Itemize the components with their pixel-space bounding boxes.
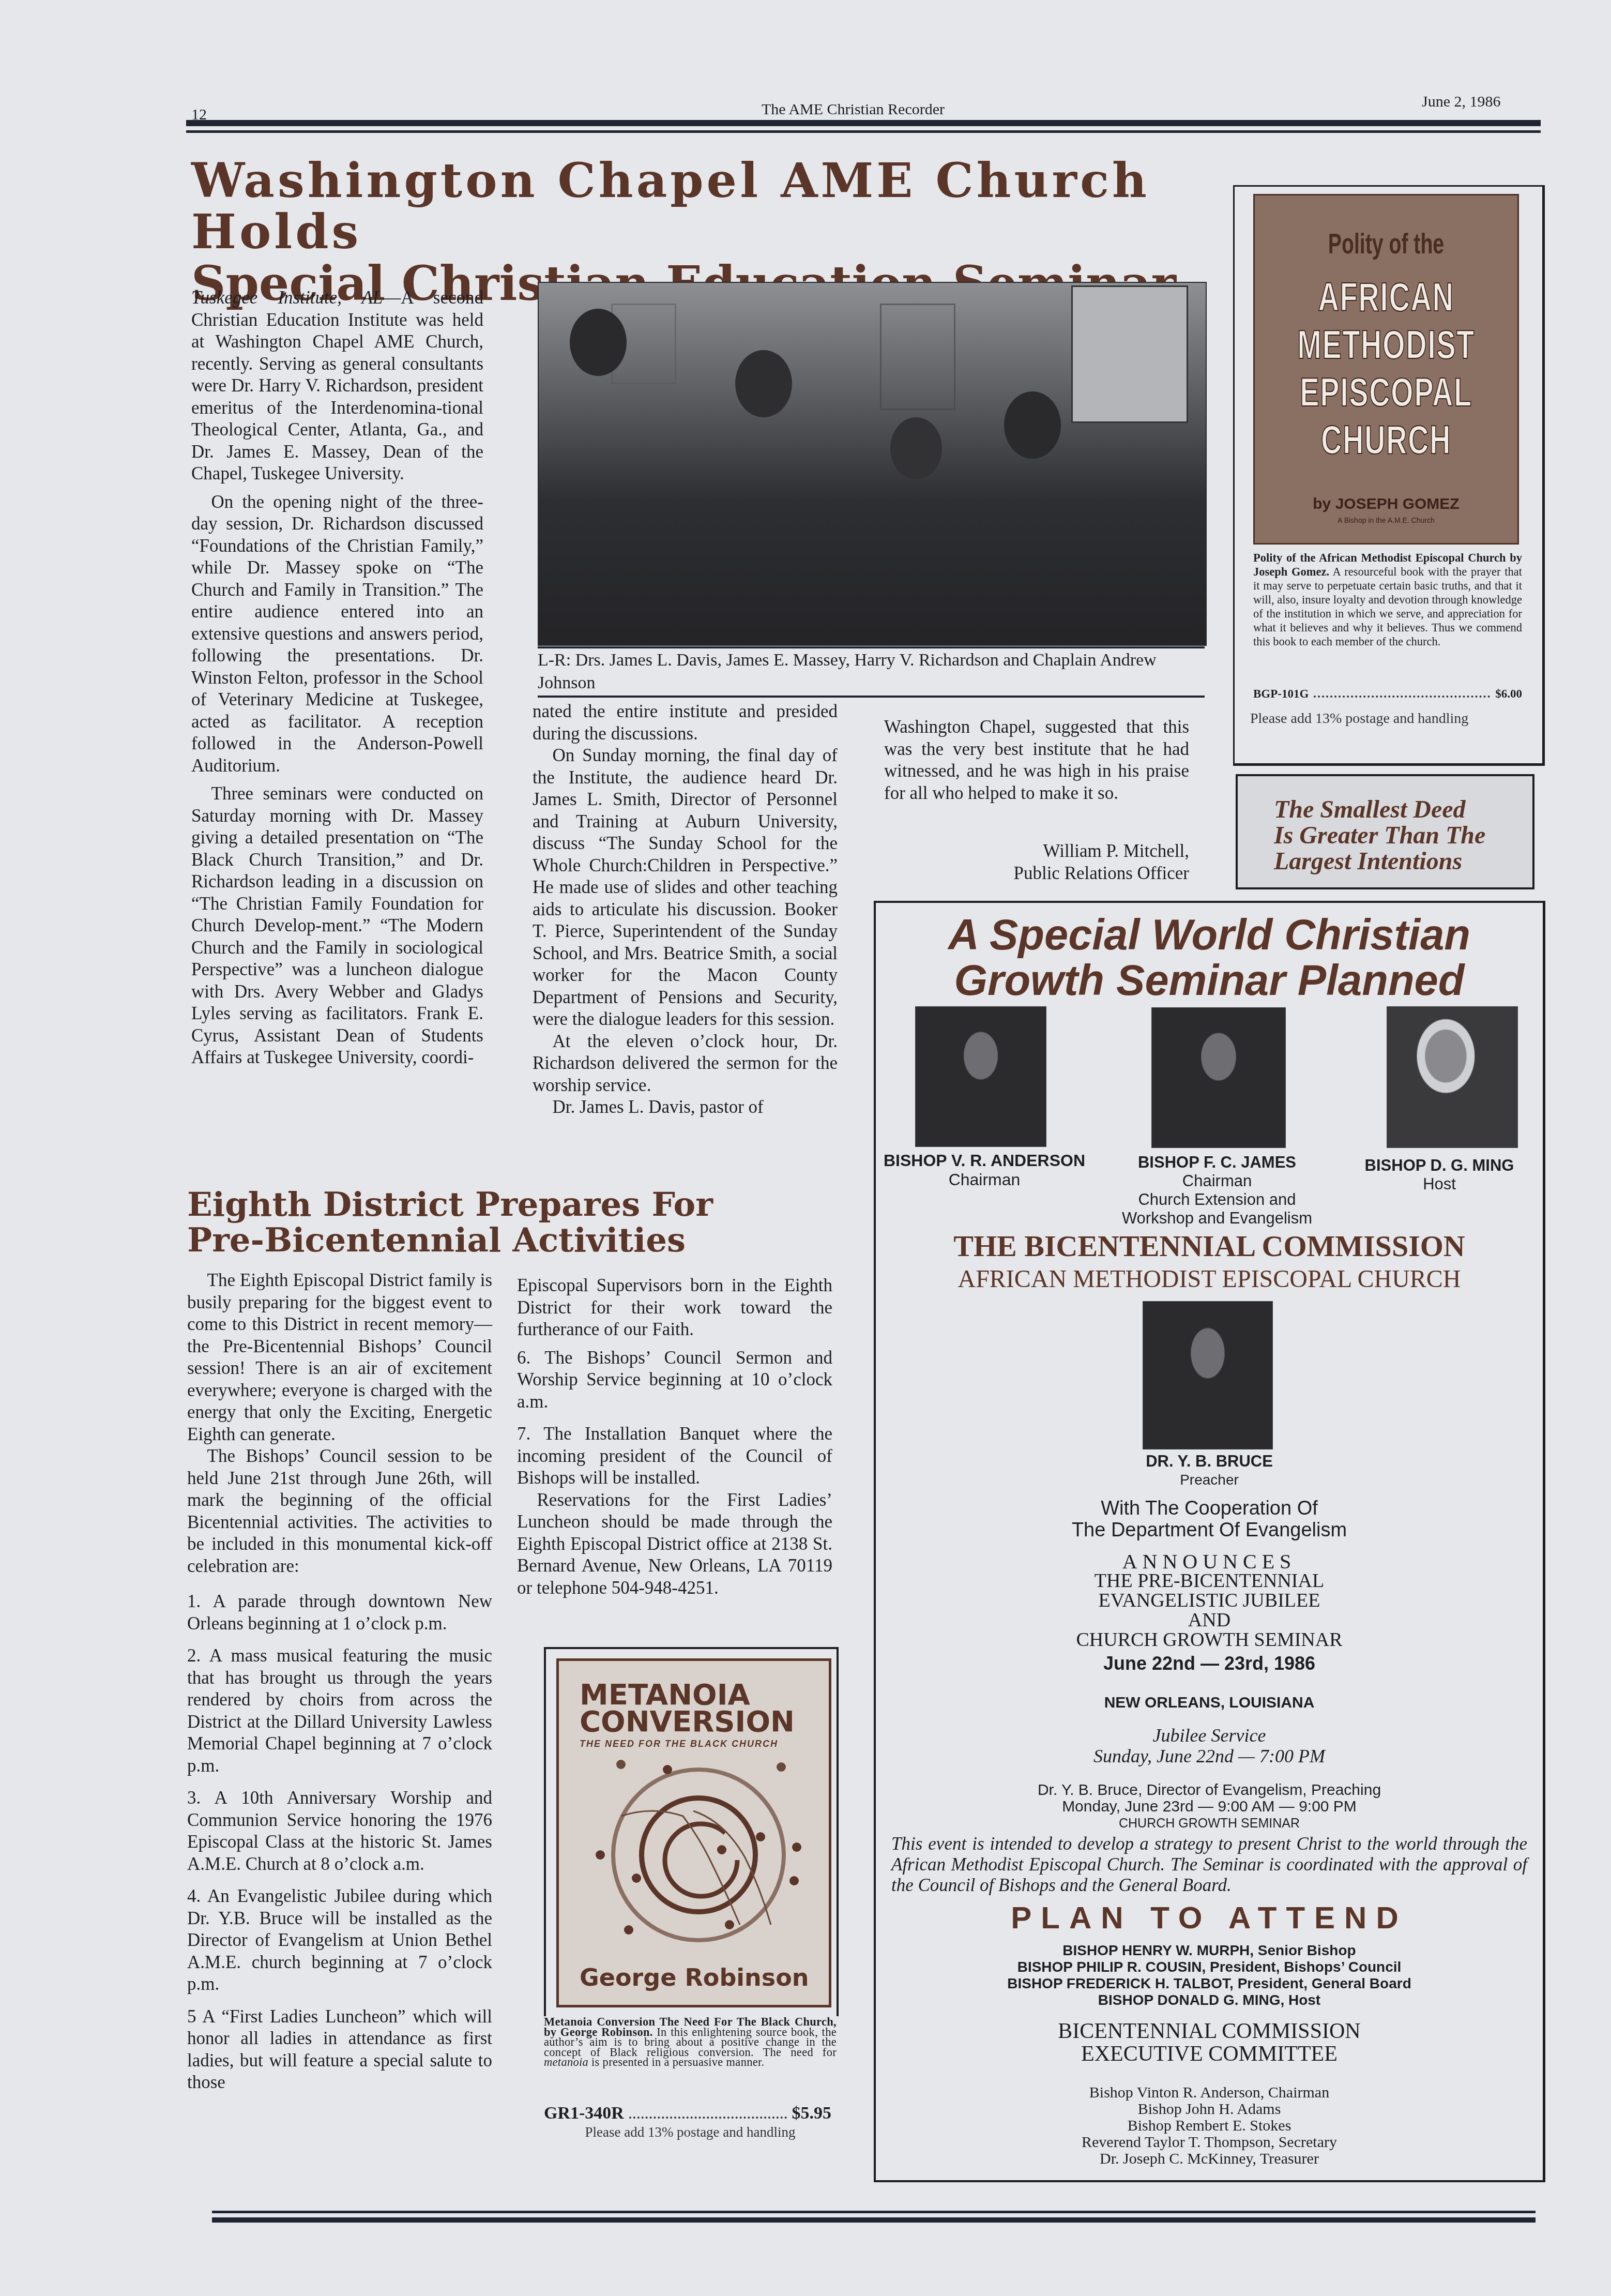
- article2-headline: Eighth District Prepares For Pre-Bicente…: [187, 1187, 859, 1258]
- cover-title-line: AFRICAN: [1291, 273, 1481, 321]
- jubilee-service: Jubilee Service Sunday, June 22nd — 7:00…: [876, 1725, 1543, 1766]
- monday-schedule: Dr. Y. B. Bruce, Director of Evangelism,…: [876, 1782, 1543, 1832]
- cover-title-line: CHURCH: [1291, 416, 1481, 463]
- group-photo: [538, 282, 1207, 646]
- committee-member: Dr. Joseph C. McKinney, Treasurer: [876, 2151, 1543, 2167]
- cover-title-line: METHODIST: [1291, 321, 1481, 368]
- commission-subtitle: AFRICAN METHODIST EPISCOPAL CHURCH: [876, 1265, 1543, 1293]
- cover-title: METANOIA CONVERSION: [580, 1682, 795, 1735]
- paragraph: The Eighth Episcopal District family is …: [187, 1270, 492, 1445]
- attendee: BISHOP PHILIP R. COUSIN, President, Bish…: [876, 1959, 1543, 1975]
- headline-line-1: Eighth District Prepares For: [187, 1187, 859, 1222]
- dot-leader: [1314, 696, 1490, 698]
- byline-name: William P. Mitchell,: [884, 840, 1189, 863]
- list-item: 2. A mass musical featuring the music th…: [187, 1645, 492, 1777]
- headline-line-2: Growth Seminar Planned: [876, 958, 1543, 1003]
- polity-price-line: BGP-101G$6.00: [1253, 687, 1522, 702]
- list-item: 4. An Evangelistic Jubilee during which …: [187, 1885, 492, 1996]
- event-line: AND: [876, 1610, 1543, 1630]
- bishop-role: Chairman: [1103, 1172, 1331, 1190]
- metanoia-italic-word: metanoia: [544, 2056, 588, 2068]
- bishop-role: Workshop and Evangelism: [1103, 1209, 1331, 1228]
- byline-title: Public Relations Officer: [884, 863, 1189, 885]
- cover-title: AFRICAN METHODIST EPISCOPAL CHURCH: [1255, 273, 1517, 463]
- cooperation-text: With The Cooperation Of The Department O…: [876, 1498, 1543, 1541]
- polity-book-cover[interactable]: Polity of the AFRICAN METHODIST EPISCOPA…: [1253, 194, 1519, 545]
- cover-author-subtitle: A Bishop in the A.M.E. Church: [1255, 516, 1517, 524]
- committee-title: BICENTENNIAL COMMISSION EXECUTIVE COMMIT…: [876, 2020, 1543, 2065]
- event-title: THE PRE-BICENTENNIAL EVANGELISTIC JUBILE…: [876, 1571, 1543, 1650]
- event-line: THE PRE-BICENTENNIAL: [876, 1571, 1543, 1591]
- byline: William P. Mitchell, Public Relations Of…: [884, 840, 1189, 884]
- masthead-rule-thick: [186, 120, 1541, 126]
- bishop-caption: BISHOP V. R. ANDERSON Chairman: [876, 1151, 1093, 1189]
- event-dates: June 22nd — 23rd, 1986: [876, 1653, 1543, 1674]
- cover-top-line: Polity of the: [1294, 226, 1478, 260]
- quote-box: The Smallest Deed Is Greater Than The La…: [1236, 774, 1534, 889]
- schedule-line: Dr. Y. B. Bruce, Director of Evangelism,…: [876, 1782, 1543, 1799]
- committee-member: Bishop John H. Adams: [876, 2101, 1543, 2118]
- event-location: NEW ORLEANS, LOUISIANA: [876, 1694, 1543, 1712]
- dot-leader: [629, 2117, 787, 2119]
- committee-member: Bishop Rembert E. Stokes: [876, 2118, 1543, 2134]
- committee-members: Bishop Vinton R. Anderson, Chairman Bish…: [876, 2084, 1543, 2167]
- event-line: EVANGELISTIC JUBILEE: [876, 1591, 1543, 1610]
- list-item: 1. A parade through downtown New Orleans…: [187, 1591, 492, 1635]
- portrait-dr-bruce: [1143, 1301, 1273, 1449]
- quote-line: Largest Intentions: [1274, 849, 1485, 874]
- bishop-caption: BISHOP F. C. JAMES Chairman Church Exten…: [1103, 1153, 1331, 1228]
- bishop-role: Host: [1341, 1175, 1538, 1194]
- caption-rule-bottom: [538, 696, 1205, 698]
- bishop-name: BISHOP V. R. ANDERSON: [876, 1151, 1093, 1170]
- article1-column-2: nated the entire institute and presided …: [533, 701, 838, 1119]
- committee-title-line: EXECUTIVE COMMITTEE: [876, 2043, 1543, 2065]
- committee-member: Reverend Taylor T. Thompson, Secretary: [876, 2134, 1543, 2151]
- attendee: BISHOP FREDERICK H. TALBOT, President, G…: [876, 1975, 1543, 1992]
- cover-subtitle: THE NEED FOR THE BLACK CHURCH: [580, 1739, 778, 1749]
- metanoia-book-cover[interactable]: METANOIA CONVERSION THE NEED FOR THE BLA…: [556, 1658, 831, 2007]
- paragraph: On the opening night of the three-day se…: [191, 491, 483, 777]
- quote-line: The Smallest Deed: [1274, 797, 1485, 823]
- polity-postage-note: Please add 13% postage and handling: [1250, 711, 1468, 727]
- metanoia-price-line: GR1-340R$5.95: [544, 2104, 831, 2123]
- person-head: [735, 350, 792, 417]
- list-item: 6. The Bishops’ Council Sermon and Worsh…: [517, 1347, 832, 1413]
- attendee: BISHOP HENRY W. MURPH, Senior Bishop: [876, 1942, 1543, 1959]
- paragraph: Washington Chapel, suggested that this w…: [884, 716, 1189, 804]
- caption-rule-top: [538, 646, 1205, 648]
- paragraph: On Sunday morning, the final day of the …: [533, 745, 838, 1031]
- schedule-line: CHURCH GROWTH SEMINAR: [876, 1815, 1543, 1832]
- headline-line-2: Pre-Bicentennial Activities: [187, 1222, 859, 1258]
- preacher-role: Preacher: [876, 1472, 1543, 1488]
- paragraph: Episcopal Supervisors born in the Eighth…: [517, 1275, 832, 1341]
- cooperation-line: The Department Of Evangelism: [876, 1519, 1543, 1541]
- wall-frame: [880, 304, 955, 410]
- photo-caption: L-R: Drs. James L. Davis, James E. Masse…: [538, 649, 1205, 694]
- attendee: BISHOP DONALD G. MING, Host: [876, 1992, 1543, 2008]
- attendee-list: BISHOP HENRY W. MURPH, Senior Bishop BIS…: [876, 1942, 1543, 2008]
- seminar-ad: A Special World Christian Growth Seminar…: [874, 901, 1545, 2182]
- metanoia-blurb-end: is presented in a persuasive manner.: [588, 2056, 764, 2068]
- service-time: Sunday, June 22nd — 7:00 PM: [876, 1746, 1543, 1766]
- cover-title-line: CONVERSION: [580, 1709, 795, 1735]
- paragraph: Three seminars were conducted on Saturda…: [191, 783, 483, 1069]
- schedule-line: Monday, June 23rd — 9:00 AM — 9:00 PM: [876, 1799, 1543, 1815]
- dateline: Tuskegee Institute, AL: [191, 288, 383, 308]
- list-item: 3. A 10th Anniversary Worship and Commun…: [187, 1787, 492, 1875]
- polity-price: $6.00: [1495, 687, 1522, 701]
- person-head: [570, 309, 627, 376]
- article2-column-1: The Eighth Episcopal District family is …: [187, 1270, 492, 2094]
- polity-sku: BGP-101G: [1253, 687, 1309, 701]
- commission-title: THE BICENTENNIAL COMMISSION: [876, 1229, 1543, 1263]
- metanoia-postage-note: Please add 13% postage and handling: [544, 2124, 837, 2140]
- person-head: [890, 417, 942, 479]
- bishop-caption: BISHOP D. G. MING Host: [1341, 1156, 1538, 1194]
- bishop-name: BISHOP D. G. MING: [1341, 1156, 1538, 1175]
- seminar-headline: A Special World Christian Growth Seminar…: [876, 912, 1543, 1003]
- polity-book-ad: Polity of the AFRICAN METHODIST EPISCOPA…: [1233, 185, 1545, 766]
- paragraph: nated the entire institute and presided …: [533, 701, 838, 745]
- headline-line-1: Washington Chapel AME Church Holds: [191, 155, 1205, 258]
- article1-column-3: Washington Chapel, suggested that this w…: [884, 716, 1189, 804]
- paragraph: The Bishops’ Council session to be held …: [187, 1445, 492, 1577]
- framed-certificate: [1071, 285, 1188, 423]
- footer-rule-thin: [212, 2211, 1536, 2213]
- masthead-rule-thin: [186, 130, 1541, 133]
- footer-rule-thick: [212, 2217, 1536, 2223]
- bishop-name: BISHOP F. C. JAMES: [1103, 1153, 1331, 1172]
- person-head: [1004, 391, 1061, 459]
- metanoia-book-ad: METANOIA CONVERSION THE NEED FOR THE BLA…: [544, 1647, 839, 2016]
- list-item: 7. The Installation Banquet where the in…: [517, 1423, 832, 1489]
- cover-author: George Robinson: [580, 1963, 809, 1991]
- committee-title-line: BICENTENNIAL COMMISSION: [876, 2020, 1543, 2043]
- issue-date: June 2, 1986: [1422, 93, 1501, 111]
- list-item: 5 A “First Ladies Luncheon” which will h…: [187, 2006, 492, 2094]
- bishop-role: Church Extension and: [1103, 1190, 1331, 1209]
- plan-to-attend: PLAN TO ATTEND: [876, 1900, 1543, 1936]
- cover-author: by JOSEPH GOMEZ: [1255, 495, 1517, 513]
- cover-title-line: EPISCOPAL: [1291, 368, 1481, 416]
- metanoia-price: $5.95: [792, 2104, 832, 2123]
- metanoia-sku: GR1-340R: [544, 2104, 624, 2123]
- quote-line: Is Greater Than The: [1274, 823, 1485, 849]
- paragraph: —A second Christian Education Institute …: [191, 288, 483, 484]
- metanoia-description: Metanoia Conversion The Need For The Bla…: [544, 2017, 837, 2067]
- committee-member: Bishop Vinton R. Anderson, Chairman: [876, 2084, 1543, 2101]
- polity-description: Polity of the African Methodist Episcopa…: [1253, 551, 1522, 648]
- portrait-bishop-anderson: [915, 1006, 1046, 1147]
- service-title: Jubilee Service: [876, 1725, 1543, 1746]
- portrait-bishop-ming: [1387, 1006, 1518, 1148]
- quote-text: The Smallest Deed Is Greater Than The La…: [1274, 797, 1485, 874]
- cooperation-line: With The Cooperation Of: [876, 1498, 1543, 1519]
- paragraph: Reservations for the First Ladies’ Lunch…: [517, 1489, 832, 1599]
- paragraph: Dr. James L. Davis, pastor of: [533, 1096, 838, 1119]
- portrait-bishop-james: [1151, 1007, 1286, 1148]
- publication-name: The AME Christian Recorder: [620, 101, 1086, 118]
- article2-column-2: Episcopal Supervisors born in the Eighth…: [517, 1275, 832, 1599]
- event-line: CHURCH GROWTH SEMINAR: [876, 1630, 1543, 1650]
- paragraph: At the eleven o’clock hour, Dr. Richards…: [533, 1031, 838, 1097]
- bishop-role: Chairman: [876, 1170, 1093, 1189]
- event-statement: This event is intended to develop a stra…: [891, 1834, 1527, 1896]
- preacher-name: DR. Y. B. BRUCE: [876, 1452, 1543, 1471]
- headline-line-1: A Special World Christian: [876, 912, 1543, 958]
- article1-column-1: Tuskegee Institute, AL—A second Christia…: [191, 287, 483, 1069]
- circular-map-illustration: [590, 1759, 807, 1945]
